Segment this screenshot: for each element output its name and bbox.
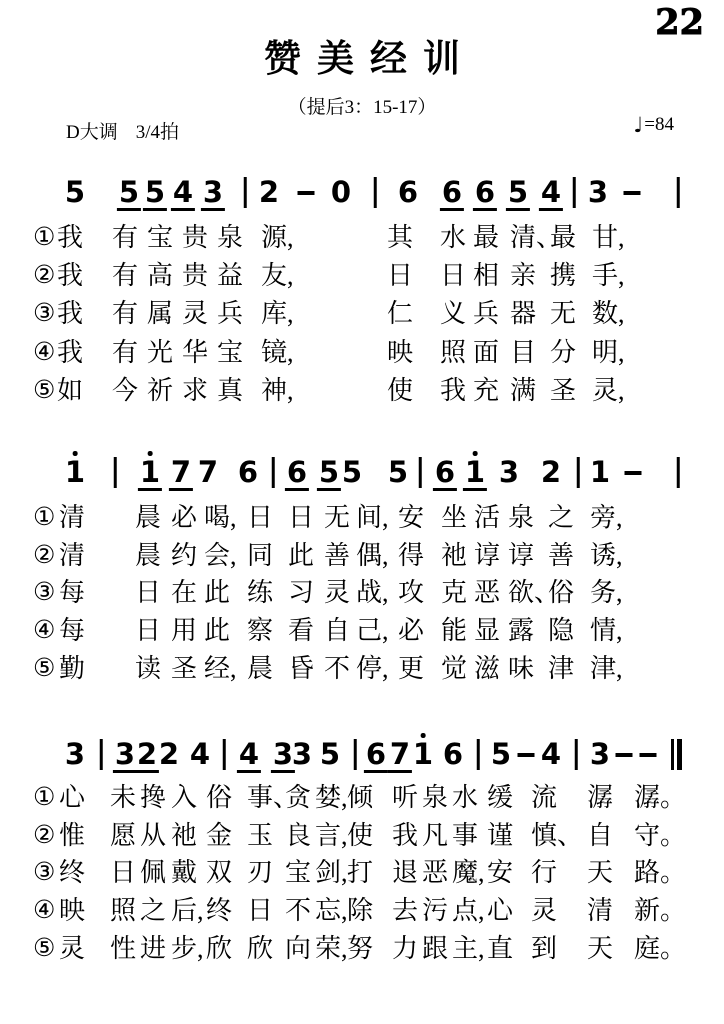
verse-number: ① — [33, 504, 55, 532]
lyric-line: ③我有属灵兵库,仁义兵器无数, — [0, 300, 724, 330]
lyric-syllable: 友, — [261, 262, 294, 289]
lyric-syllable: 有 — [112, 300, 138, 327]
lyric-syllable: 相 — [473, 262, 499, 289]
lyric-syllable: 更 — [398, 655, 424, 682]
lyric-syllable: 津, — [590, 655, 623, 682]
lyric-syllable: 惟 — [59, 822, 85, 849]
lyric-syllable: 从 — [140, 822, 166, 849]
lyric-syllable: 我 — [57, 300, 83, 327]
lyric-syllable: 属 — [147, 300, 173, 327]
lyric-syllable: 戴 — [171, 859, 197, 886]
lyric-syllable: 之 — [140, 897, 166, 924]
lyric-syllable: 满 — [510, 377, 536, 404]
barline — [244, 177, 247, 208]
lyric-syllable: 灵 — [324, 579, 350, 606]
lyric-syllable: 宝 — [217, 339, 243, 366]
lyric-syllable: 新。 — [634, 897, 686, 924]
lyric-line: ①我有宝贵泉源,其水最清、最甘, — [0, 224, 724, 254]
lyric-syllable: 我 — [57, 339, 83, 366]
note-digit: 2 — [135, 740, 159, 773]
lyric-syllable: 停, — [356, 655, 389, 682]
lyric-line: ⑤勤读圣经,晨昏不停,更觉滋味津津, — [0, 655, 724, 685]
note-digit: 6 — [398, 178, 418, 207]
lyric-syllable: 晨 — [135, 542, 161, 569]
lyric-line: ⑤灵性进步,欣欣向荣,努力跟主,直到天庭。 — [0, 935, 724, 965]
lyric-syllable: 谆 — [508, 542, 534, 569]
lyric-syllable: 搀 — [140, 784, 166, 811]
note-digit: 1 — [138, 458, 162, 491]
note-digit: 6 — [285, 458, 309, 491]
lyric-syllable: 灵 — [182, 300, 208, 327]
lyric-syllable: 隐 — [548, 617, 574, 644]
lyric-syllable: 愿 — [110, 822, 136, 849]
lyric-line: ③每日在此练习灵战,攻克恶欲、俗务, — [0, 579, 724, 609]
lyric-syllable: 有 — [112, 339, 138, 366]
lyric-syllable: 日 — [387, 262, 413, 289]
lyric-syllable: 事 — [452, 822, 478, 849]
lyric-line: ②惟愿从祂金玉良言,使我凡事谨慎、自守。 — [0, 822, 724, 852]
verse-number: ④ — [33, 339, 55, 367]
lyric-syllable: 甘, — [592, 224, 625, 251]
lyric-syllable: 间, — [356, 504, 389, 531]
duration-dash — [624, 191, 641, 195]
lyric-syllable: 使 — [387, 377, 413, 404]
lyric-syllable: 无 — [550, 300, 576, 327]
lyric-syllable: 倾 — [347, 784, 373, 811]
lyric-syllable: 跟 — [422, 935, 448, 962]
lyric-syllable: 金 — [206, 822, 232, 849]
lyric-syllable: 佩 — [140, 859, 166, 886]
note-digit: 3 — [201, 178, 225, 211]
lyric-syllable: 津 — [548, 655, 574, 682]
duration-dash — [625, 471, 642, 475]
lyric-syllable: 真 — [217, 377, 243, 404]
lyric-syllable: 我 — [57, 262, 83, 289]
lyric-syllable: 剑, — [315, 859, 348, 886]
lyric-syllable: 映 — [387, 339, 413, 366]
note-digit: 4 — [541, 740, 561, 769]
lyric-syllable: 必 — [171, 504, 197, 531]
lyric-syllable: 潺 — [587, 784, 613, 811]
lyric-syllable: 旁, — [590, 504, 623, 531]
lyric-line: ①清晨必喝,日日无间,安坐活泉之旁, — [0, 504, 724, 534]
notation-line-3: 3322443356716543 — [0, 740, 724, 774]
lyric-syllable: 兵 — [473, 300, 499, 327]
hymn-sheet-page: 22 赞美经训 （提后3：15-17） D大调 3/4拍 ♩ =84 55543… — [0, 0, 724, 1024]
lyric-syllable: 俗 — [548, 579, 574, 606]
barline — [100, 739, 103, 770]
lyric-syllable: 圣 — [171, 655, 197, 682]
lyric-syllable: 数, — [592, 300, 625, 327]
barline — [677, 177, 680, 208]
lyric-syllable: 每 — [59, 579, 85, 606]
note-digit: 1 — [65, 458, 85, 487]
verse-number: ② — [33, 822, 55, 850]
lyric-syllable: 行 — [531, 859, 557, 886]
lyric-syllable: 入 — [171, 784, 197, 811]
lyric-syllable: 灵 — [59, 935, 85, 962]
lyric-syllable: 面 — [473, 339, 499, 366]
notation-line-2: 11776655561321 — [0, 458, 724, 492]
note-digit: 6 — [473, 178, 497, 211]
note-digit: 5 — [491, 740, 511, 769]
lyric-syllable: 泉 — [217, 224, 243, 251]
lyric-syllable: 慎、 — [531, 822, 583, 849]
lyric-syllable: 看 — [288, 617, 314, 644]
lyric-syllable: 刃 — [247, 859, 273, 886]
duration-dash — [518, 753, 535, 757]
note-digit: 7 — [388, 740, 412, 773]
note-digit: 7 — [198, 458, 218, 487]
lyric-syllable: 心 — [59, 784, 85, 811]
lyric-line: ④每日用此察看自己,必能显露隐情, — [0, 617, 724, 647]
lyric-syllable: 约 — [171, 542, 197, 569]
lyric-syllable: 玉 — [247, 822, 273, 849]
lyric-syllable: 主, — [452, 935, 485, 962]
lyric-syllable: 努 — [347, 935, 373, 962]
lyric-syllable: 己, — [356, 617, 389, 644]
lyric-syllable: 滋 — [474, 655, 500, 682]
lyric-syllable: 言, — [315, 822, 348, 849]
lyric-syllable: 灵, — [592, 377, 625, 404]
note-digit: 5 — [388, 458, 408, 487]
lyric-syllable: 善 — [324, 542, 350, 569]
note-digit: 3 — [113, 740, 137, 773]
lyric-syllable: 在 — [171, 579, 197, 606]
verse-number: ① — [33, 224, 55, 252]
lyric-syllable: 有 — [112, 262, 138, 289]
lyric-syllable: 味 — [508, 655, 534, 682]
note-digit: 5 — [342, 458, 362, 487]
lyric-syllable: 天 — [587, 935, 613, 962]
lyric-syllable: 自 — [587, 822, 613, 849]
note-digit: 5 — [317, 458, 341, 491]
lyric-syllable: 得 — [398, 542, 424, 569]
lyric-syllable: 恶 — [474, 579, 500, 606]
verse-number: ⑤ — [33, 935, 55, 963]
verse-number: ④ — [33, 617, 55, 645]
lyric-syllable: 祂 — [171, 822, 197, 849]
lyric-syllable: 此 — [288, 542, 314, 569]
note-digit: 5 — [143, 178, 167, 211]
barline — [577, 457, 580, 488]
lyric-syllable: 日 — [440, 262, 466, 289]
note-digit: 5 — [117, 178, 141, 211]
lyric-syllable: 攻 — [398, 579, 424, 606]
note-digit: 5 — [65, 178, 85, 207]
lyric-syllable: 能 — [441, 617, 467, 644]
note-digit: 3 — [65, 740, 85, 769]
lyric-syllable: 未 — [110, 784, 136, 811]
lyric-syllable: 水 — [452, 784, 478, 811]
final-barline — [671, 739, 683, 770]
duration-dash — [640, 753, 657, 757]
final-barline-thick — [677, 739, 682, 770]
lyric-syllable: 安 — [398, 504, 424, 531]
lyric-syllable: 终 — [59, 859, 85, 886]
lyric-syllable: 不 — [324, 655, 350, 682]
lyric-syllable: 亲 — [510, 262, 536, 289]
note-digit: 4 — [237, 740, 261, 773]
lyric-syllable: 庭。 — [634, 935, 686, 962]
lyric-syllable: 善 — [548, 542, 574, 569]
verse-number: ③ — [33, 300, 55, 328]
lyric-line: ①心未搀入俗事、贪婪,倾听泉水缓流潺潺。 — [0, 784, 724, 814]
lyric-syllable: 祂 — [441, 542, 467, 569]
lyric-syllable: 读 — [135, 655, 161, 682]
lyric-syllable: 库, — [261, 300, 294, 327]
lyric-syllable: 心 — [487, 897, 513, 924]
lyric-syllable: 日 — [288, 504, 314, 531]
lyric-syllable: 察 — [247, 617, 273, 644]
lyric-syllable: 荣, — [315, 935, 348, 962]
lyric-syllable: 到 — [531, 935, 557, 962]
verse-number: ④ — [33, 897, 55, 925]
lyric-syllable: 器 — [510, 300, 536, 327]
lyric-syllable: 忘, — [315, 897, 348, 924]
lyric-syllable: 喝, — [204, 504, 237, 531]
lyric-syllable: 每 — [59, 617, 85, 644]
lyric-syllable: 其 — [387, 224, 413, 251]
note-digit: 3 — [588, 178, 608, 207]
lyric-syllable: 之 — [548, 504, 574, 531]
lyric-syllable: 勤 — [59, 655, 85, 682]
lyric-syllable: 坐 — [441, 504, 467, 531]
lyric-syllable: 会, — [204, 542, 237, 569]
barline — [354, 739, 357, 770]
lyric-syllable: 华 — [182, 339, 208, 366]
verse-number: ② — [33, 262, 55, 290]
notation-line-1: 5554320666543 — [0, 178, 724, 212]
lyric-syllable: 后, — [171, 897, 204, 924]
lyric-syllable: 安 — [487, 859, 513, 886]
note-digit: 3 — [590, 740, 610, 769]
rest-note: 0 — [331, 178, 351, 207]
lyric-syllable: 婪, — [315, 784, 348, 811]
lyric-syllable: 贪 — [285, 784, 311, 811]
lyric-syllable: 最 — [473, 224, 499, 251]
lyric-syllable: 照 — [440, 339, 466, 366]
lyric-syllable: 步, — [171, 935, 204, 962]
lyric-syllable: 日 — [247, 504, 273, 531]
lyric-syllable: 双 — [206, 859, 232, 886]
lyric-syllable: 清 — [587, 897, 613, 924]
lyric-syllable: 路。 — [634, 859, 686, 886]
note-digit: 1 — [590, 458, 610, 487]
lyric-line: ④我有光华宝镜,映照面目分明, — [0, 339, 724, 369]
lyric-syllable: 战, — [356, 579, 389, 606]
verse-number: ③ — [33, 579, 55, 607]
barline — [677, 457, 680, 488]
note-digit: 6 — [433, 458, 457, 491]
lyric-syllable: 手, — [592, 262, 625, 289]
lyric-syllable: 务, — [590, 579, 623, 606]
score-area: 5554320666543①我有宝贵泉源,其水最清、最甘,②我有高贵益友,日日相… — [0, 0, 724, 1024]
note-digit: 2 — [541, 458, 561, 487]
barline — [573, 177, 576, 208]
lyric-syllable: 打 — [347, 859, 373, 886]
lyric-syllable: 贵 — [182, 262, 208, 289]
lyric-syllable: 欣 — [247, 935, 273, 962]
lyric-syllable: 不 — [285, 897, 311, 924]
lyric-syllable: 我 — [57, 224, 83, 251]
lyric-syllable: 觉 — [441, 655, 467, 682]
lyric-syllable: 携 — [550, 262, 576, 289]
lyric-syllable: 诱, — [590, 542, 623, 569]
lyric-syllable: 神, — [261, 377, 294, 404]
lyric-syllable: 源, — [261, 224, 294, 251]
barline — [114, 457, 117, 488]
lyric-syllable: 今 — [112, 377, 138, 404]
lyric-syllable: 退 — [392, 859, 418, 886]
lyric-syllable: 污 — [422, 897, 448, 924]
lyric-syllable: 宝 — [147, 224, 173, 251]
lyric-syllable: 最 — [550, 224, 576, 251]
lyric-syllable: 自 — [324, 617, 350, 644]
lyric-syllable: 向 — [285, 935, 311, 962]
lyric-syllable: 偶, — [356, 542, 389, 569]
lyric-syllable: 日 — [247, 897, 273, 924]
lyric-syllable: 除 — [347, 897, 373, 924]
lyric-syllable: 恶 — [422, 859, 448, 886]
lyric-syllable: 清 — [59, 542, 85, 569]
note-digit: 6 — [440, 178, 464, 211]
note-digit: 4 — [171, 178, 195, 211]
lyric-syllable: 泉 — [508, 504, 534, 531]
duration-dash — [616, 753, 633, 757]
lyric-syllable: 如 — [57, 377, 83, 404]
lyric-syllable: 露 — [508, 617, 534, 644]
lyric-syllable: 水 — [440, 224, 466, 251]
lyric-syllable: 直 — [487, 935, 513, 962]
lyric-syllable: 同 — [247, 542, 273, 569]
note-digit: 4 — [539, 178, 563, 211]
lyric-syllable: 日 — [135, 579, 161, 606]
lyric-syllable: 仁 — [387, 300, 413, 327]
lyric-syllable: 此 — [204, 579, 230, 606]
note-digit: 3 — [499, 458, 519, 487]
lyric-syllable: 谆 — [474, 542, 500, 569]
lyric-syllable: 晨 — [247, 655, 273, 682]
lyric-syllable: 兵 — [217, 300, 243, 327]
lyric-syllable: 俗 — [206, 784, 232, 811]
lyric-syllable: 我 — [392, 822, 418, 849]
verse-number: ⑤ — [33, 377, 55, 405]
lyric-syllable: 凡 — [422, 822, 448, 849]
lyric-syllable: 点, — [452, 897, 485, 924]
barline — [419, 457, 422, 488]
lyric-syllable: 经, — [204, 655, 237, 682]
note-digit: 1 — [463, 458, 487, 491]
lyric-syllable: 我 — [440, 377, 466, 404]
final-barline-thin — [671, 739, 674, 770]
note-digit: 6 — [364, 740, 388, 773]
lyric-syllable: 无 — [324, 504, 350, 531]
barline — [575, 739, 578, 770]
lyric-syllable: 日 — [135, 617, 161, 644]
lyric-syllable: 分 — [550, 339, 576, 366]
lyric-syllable: 用 — [171, 617, 197, 644]
lyric-syllable: 灵 — [531, 897, 557, 924]
lyric-syllable: 使 — [347, 822, 373, 849]
lyric-syllable: 克 — [441, 579, 467, 606]
lyric-syllable: 性 — [110, 935, 136, 962]
note-digit: 2 — [159, 740, 179, 769]
lyric-syllable: 泉 — [422, 784, 448, 811]
lyric-syllable: 明, — [592, 339, 625, 366]
lyric-syllable: 照 — [110, 897, 136, 924]
octave-dot-icon — [73, 451, 78, 456]
lyric-syllable: 情, — [590, 617, 623, 644]
lyric-syllable: 习 — [288, 579, 314, 606]
verse-number: ⑤ — [33, 655, 55, 683]
note-digit: 2 — [259, 178, 279, 207]
verse-number: ② — [33, 542, 55, 570]
lyric-syllable: 目 — [510, 339, 536, 366]
lyric-line: ④映照之后,终日不忘,除去污点,心灵清新。 — [0, 897, 724, 927]
lyric-syllable: 日 — [110, 859, 136, 886]
lyric-syllable: 充 — [473, 377, 499, 404]
verse-number: ① — [33, 784, 55, 812]
lyric-line: ②我有高贵益友,日日相亲携手, — [0, 262, 724, 292]
lyric-syllable: 高 — [147, 262, 173, 289]
barline — [477, 739, 480, 770]
lyric-syllable: 益 — [217, 262, 243, 289]
lyric-syllable: 力 — [392, 935, 418, 962]
note-digit: 3 — [292, 740, 312, 769]
lyric-syllable: 光 — [147, 339, 173, 366]
lyric-syllable: 昏 — [288, 655, 314, 682]
octave-dot-icon — [148, 451, 153, 456]
lyric-syllable: 欣 — [206, 935, 232, 962]
verse-number: ③ — [33, 859, 55, 887]
barline — [272, 457, 275, 488]
barline — [374, 177, 377, 208]
note-digit: 5 — [320, 740, 340, 769]
octave-dot-icon — [421, 733, 426, 738]
note-digit: 6 — [443, 740, 463, 769]
lyric-syllable: 练 — [247, 579, 273, 606]
note-digit: 1 — [413, 740, 433, 769]
lyric-syllable: 清 — [59, 504, 85, 531]
lyric-syllable: 义 — [440, 300, 466, 327]
lyric-line: ③终日佩戴双刃宝剑,打退恶魔,安行天路。 — [0, 859, 724, 889]
lyric-syllable: 求 — [182, 377, 208, 404]
lyric-syllable: 圣 — [550, 377, 576, 404]
lyric-syllable: 镜, — [261, 339, 294, 366]
lyric-syllable: 宝 — [285, 859, 311, 886]
lyric-syllable: 潺。 — [634, 784, 686, 811]
duration-dash — [298, 191, 315, 195]
lyric-syllable: 良 — [285, 822, 311, 849]
lyric-syllable: 谨 — [487, 822, 513, 849]
lyric-syllable: 此 — [204, 617, 230, 644]
lyric-syllable: 缓 — [487, 784, 513, 811]
lyric-line: ②清晨约会,同此善偶,得祂谆谆善诱, — [0, 542, 724, 572]
octave-dot-icon — [473, 451, 478, 456]
note-digit: 5 — [506, 178, 530, 211]
lyric-syllable: 晨 — [135, 504, 161, 531]
lyric-syllable: 祈 — [147, 377, 173, 404]
lyric-syllable: 进 — [140, 935, 166, 962]
lyric-syllable: 贵 — [182, 224, 208, 251]
lyric-syllable: 显 — [474, 617, 500, 644]
lyric-syllable: 映 — [59, 897, 85, 924]
note-digit: 6 — [238, 458, 258, 487]
note-digit: 7 — [169, 458, 193, 491]
lyric-syllable: 活 — [474, 504, 500, 531]
lyric-syllable: 守。 — [634, 822, 686, 849]
